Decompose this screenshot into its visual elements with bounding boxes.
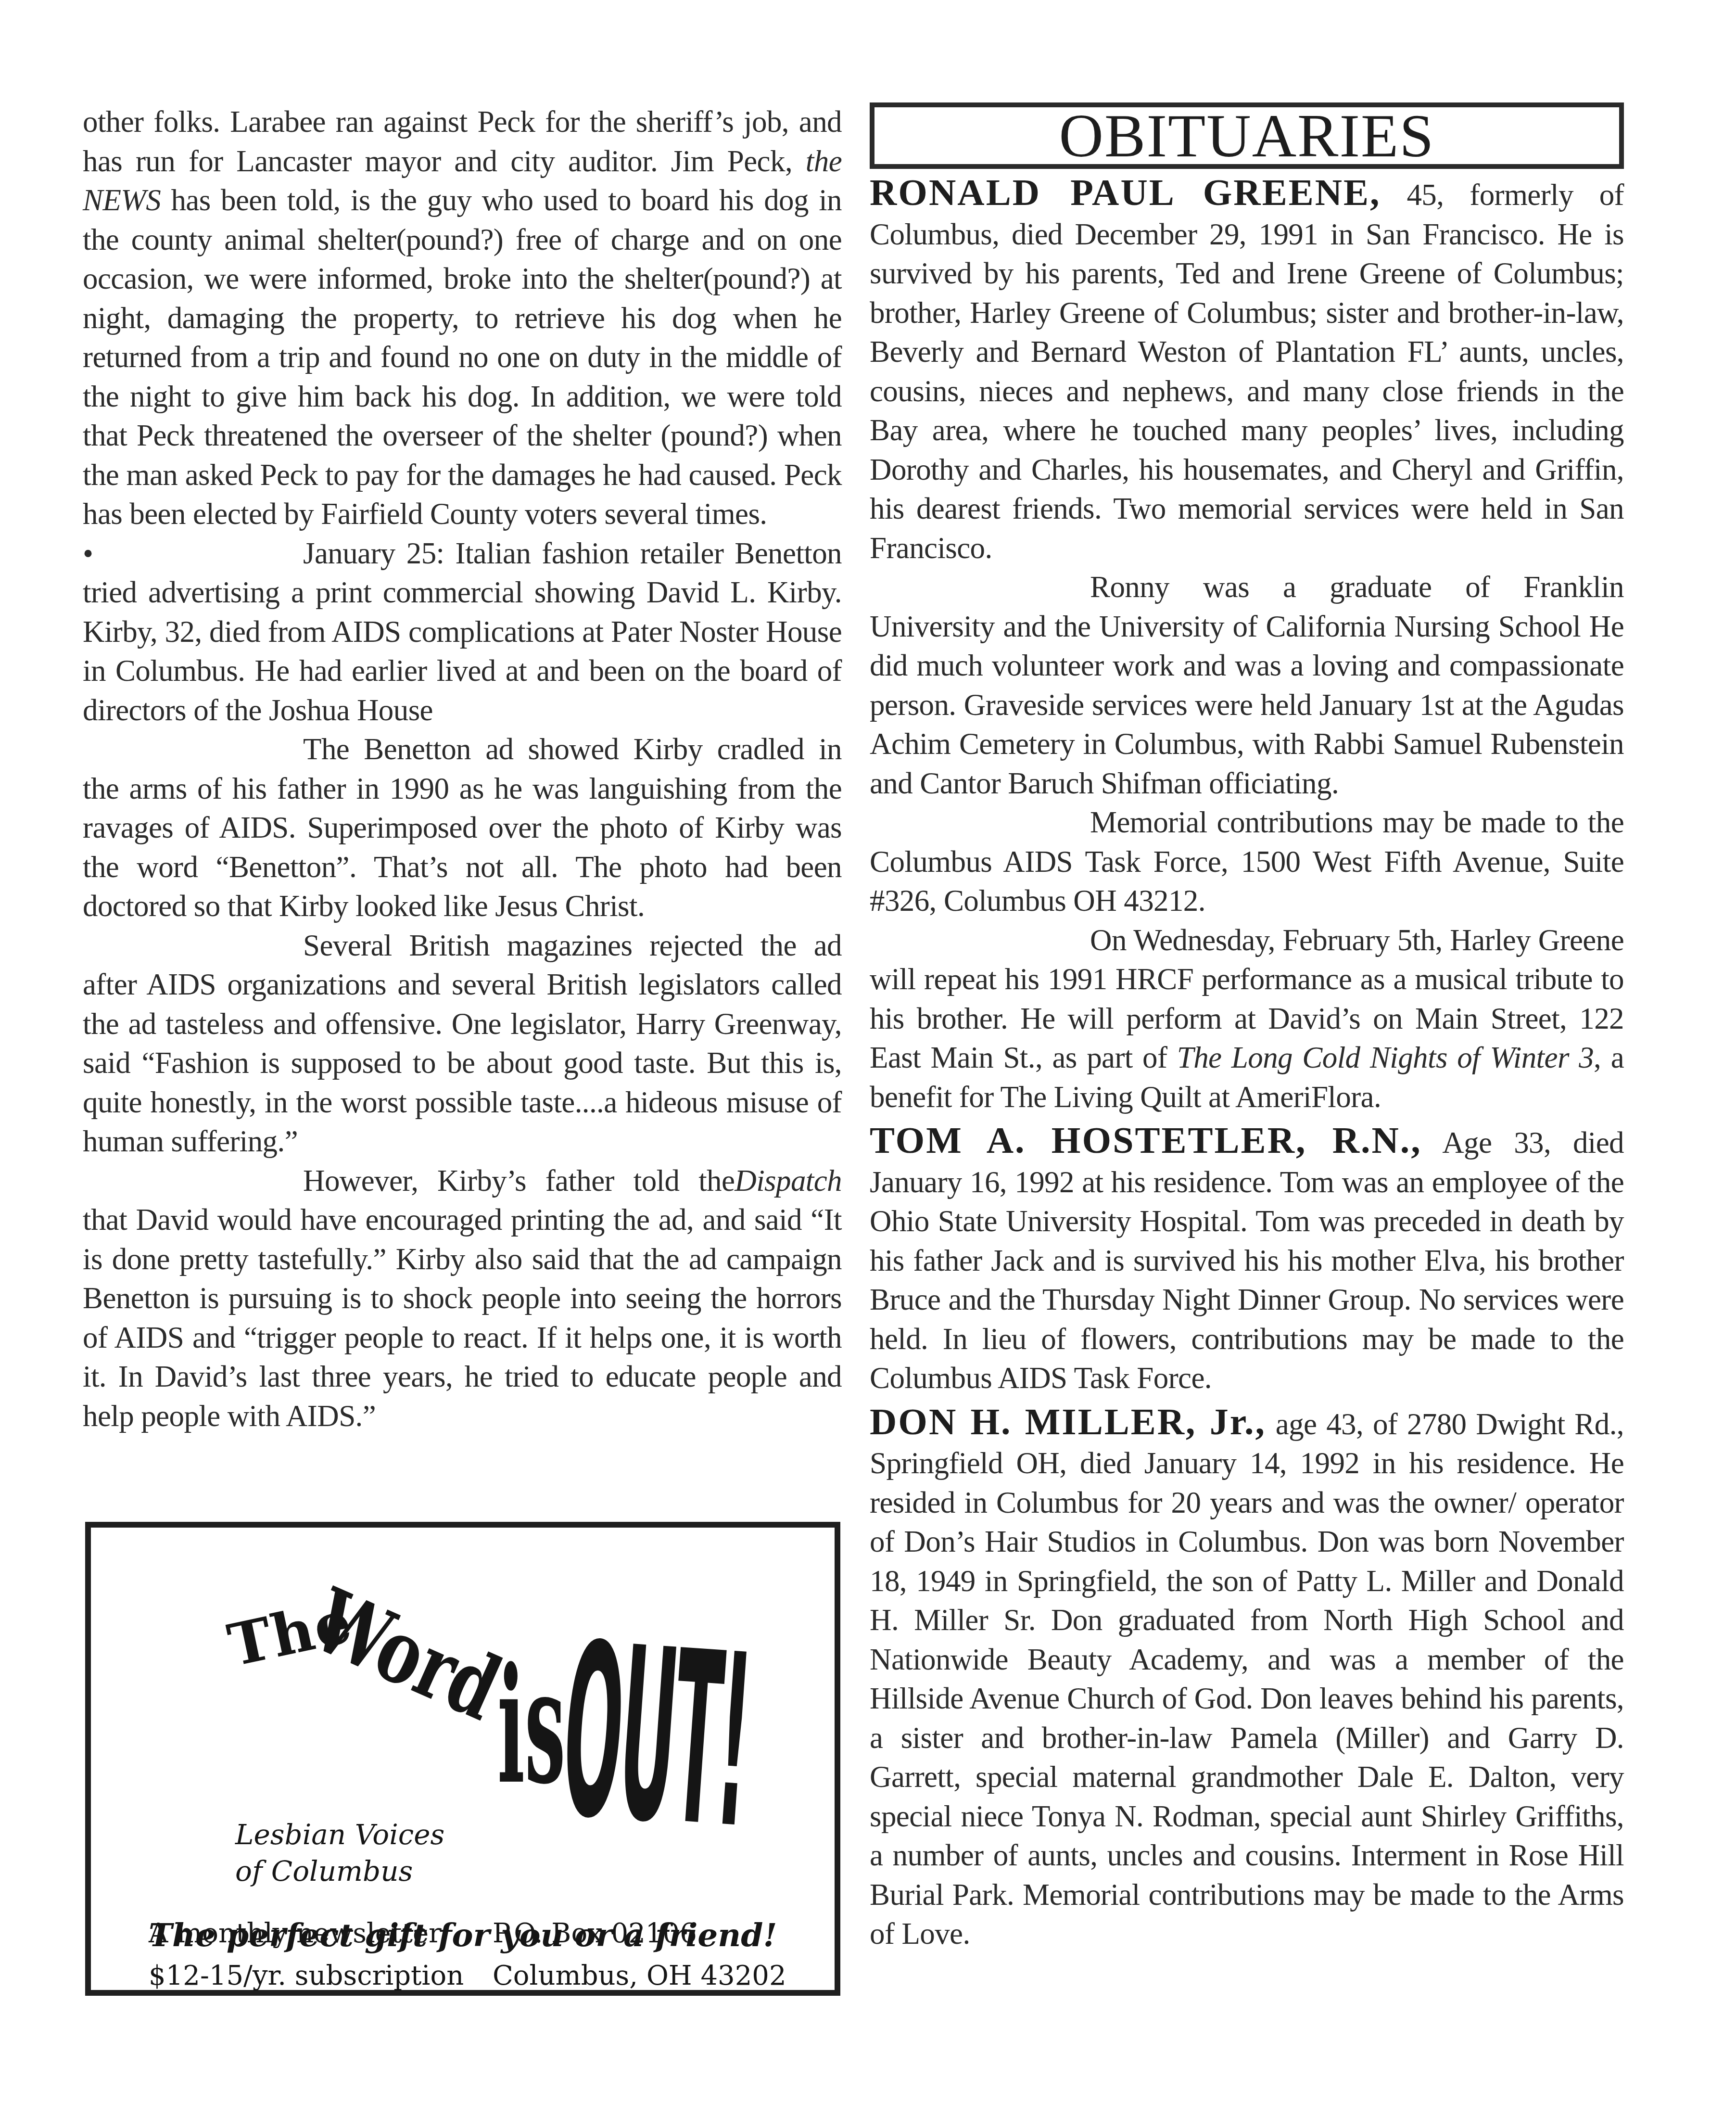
article-text: that David would have encouraged printin… (83, 1203, 842, 1433)
article-paragraph: The Benetton ad showed Kirby cradled in … (83, 730, 842, 926)
ad-title-word: Word (299, 1568, 515, 1740)
obituary-text: age 43, of 2780 Dwight Rd., Springfield … (870, 1407, 1624, 1951)
obituary-text: Age 33, died January 16, 1992 at his res… (870, 1126, 1624, 1395)
obituary-paragraph: On Wednesday, February 5th, Harley Green… (870, 921, 1624, 1117)
article-paragraph: other folks. Larabee ran against Peck fo… (83, 102, 842, 534)
ad-organization: Lesbian Voices of Columbus (235, 1816, 444, 1889)
event-title: The Long Cold Nights of Winter 3 (1177, 1041, 1594, 1074)
article-paragraph: Several British magazines rejected the a… (83, 926, 842, 1161)
ad-title-out: OUT! (555, 1593, 757, 1881)
ad-address-line: Columbus, OH 43202 (493, 1955, 786, 1997)
ad-org-line: Lesbian Voices (235, 1816, 444, 1853)
article-text: other folks. Larabee ran against Peck fo… (83, 105, 842, 178)
bullet-item: •January 25: Italian fashion retailer Be… (83, 534, 842, 730)
obituary-entry: RONALD PAUL GREENE, 45, formerly of Colu… (870, 173, 1624, 1117)
obituary-name: TOM A. HOSTETLER, R.N., (870, 1119, 1422, 1161)
obituary-paragraph: RONALD PAUL GREENE, 45, formerly of Colu… (870, 173, 1624, 568)
left-article-column: other folks. Larabee ran against Peck fo… (83, 102, 842, 1436)
ad-subscription-info: A monthly newsletter $12-15/yr. subscrip… (149, 1913, 464, 1997)
obituary-entry: DON H. MILLER, Jr., age 43, of 2780 Dwig… (870, 1402, 1624, 1954)
obituary-paragraph: Ronny was a graduate of Franklin Univers… (870, 568, 1624, 803)
ad-org-line: of Columbus (235, 1853, 444, 1889)
obituary-entry: TOM A. HOSTETLER, R.N., Age 33, died Jan… (870, 1121, 1624, 1398)
article-text: has been told, is the guy who used to bo… (83, 183, 842, 531)
article-text: However, Kirby’s father told the (303, 1164, 735, 1198)
ad-title-is: is (497, 1633, 565, 1820)
obituary-text: 45, formerly of Columbus, died December … (870, 178, 1624, 565)
publication-name: Dispatch (735, 1164, 842, 1198)
ad-address-line: P.O. Box 02106 (493, 1913, 786, 1955)
obituaries-column: OBITUARIES RONALD PAUL GREENE, 45, forme… (870, 102, 1624, 1954)
ad-mailing-address: P.O. Box 02106 Columbus, OH 43202 (493, 1913, 786, 1997)
bullet-icon: • (83, 534, 303, 574)
obituary-name: RONALD PAUL GREENE, (870, 171, 1381, 213)
obituary-paragraph: DON H. MILLER, Jr., age 43, of 2780 Dwig… (870, 1402, 1624, 1954)
newsletter-advertisement: The Word is OUT! Lesbian Voices of Colum… (85, 1522, 840, 1996)
obituaries-header: OBITUARIES (870, 102, 1624, 169)
ad-info-line: A monthly newsletter (149, 1913, 464, 1955)
obituary-name: DON H. MILLER, Jr., (870, 1401, 1266, 1442)
ad-price: $12-15/yr. subscription (149, 1955, 464, 1997)
article-paragraph: However, Kirby’s father told theDispatch… (83, 1161, 842, 1436)
obituary-paragraph: TOM A. HOSTETLER, R.N., Age 33, died Jan… (870, 1121, 1624, 1398)
obituary-paragraph: Memorial contributions may be made to th… (870, 803, 1624, 921)
